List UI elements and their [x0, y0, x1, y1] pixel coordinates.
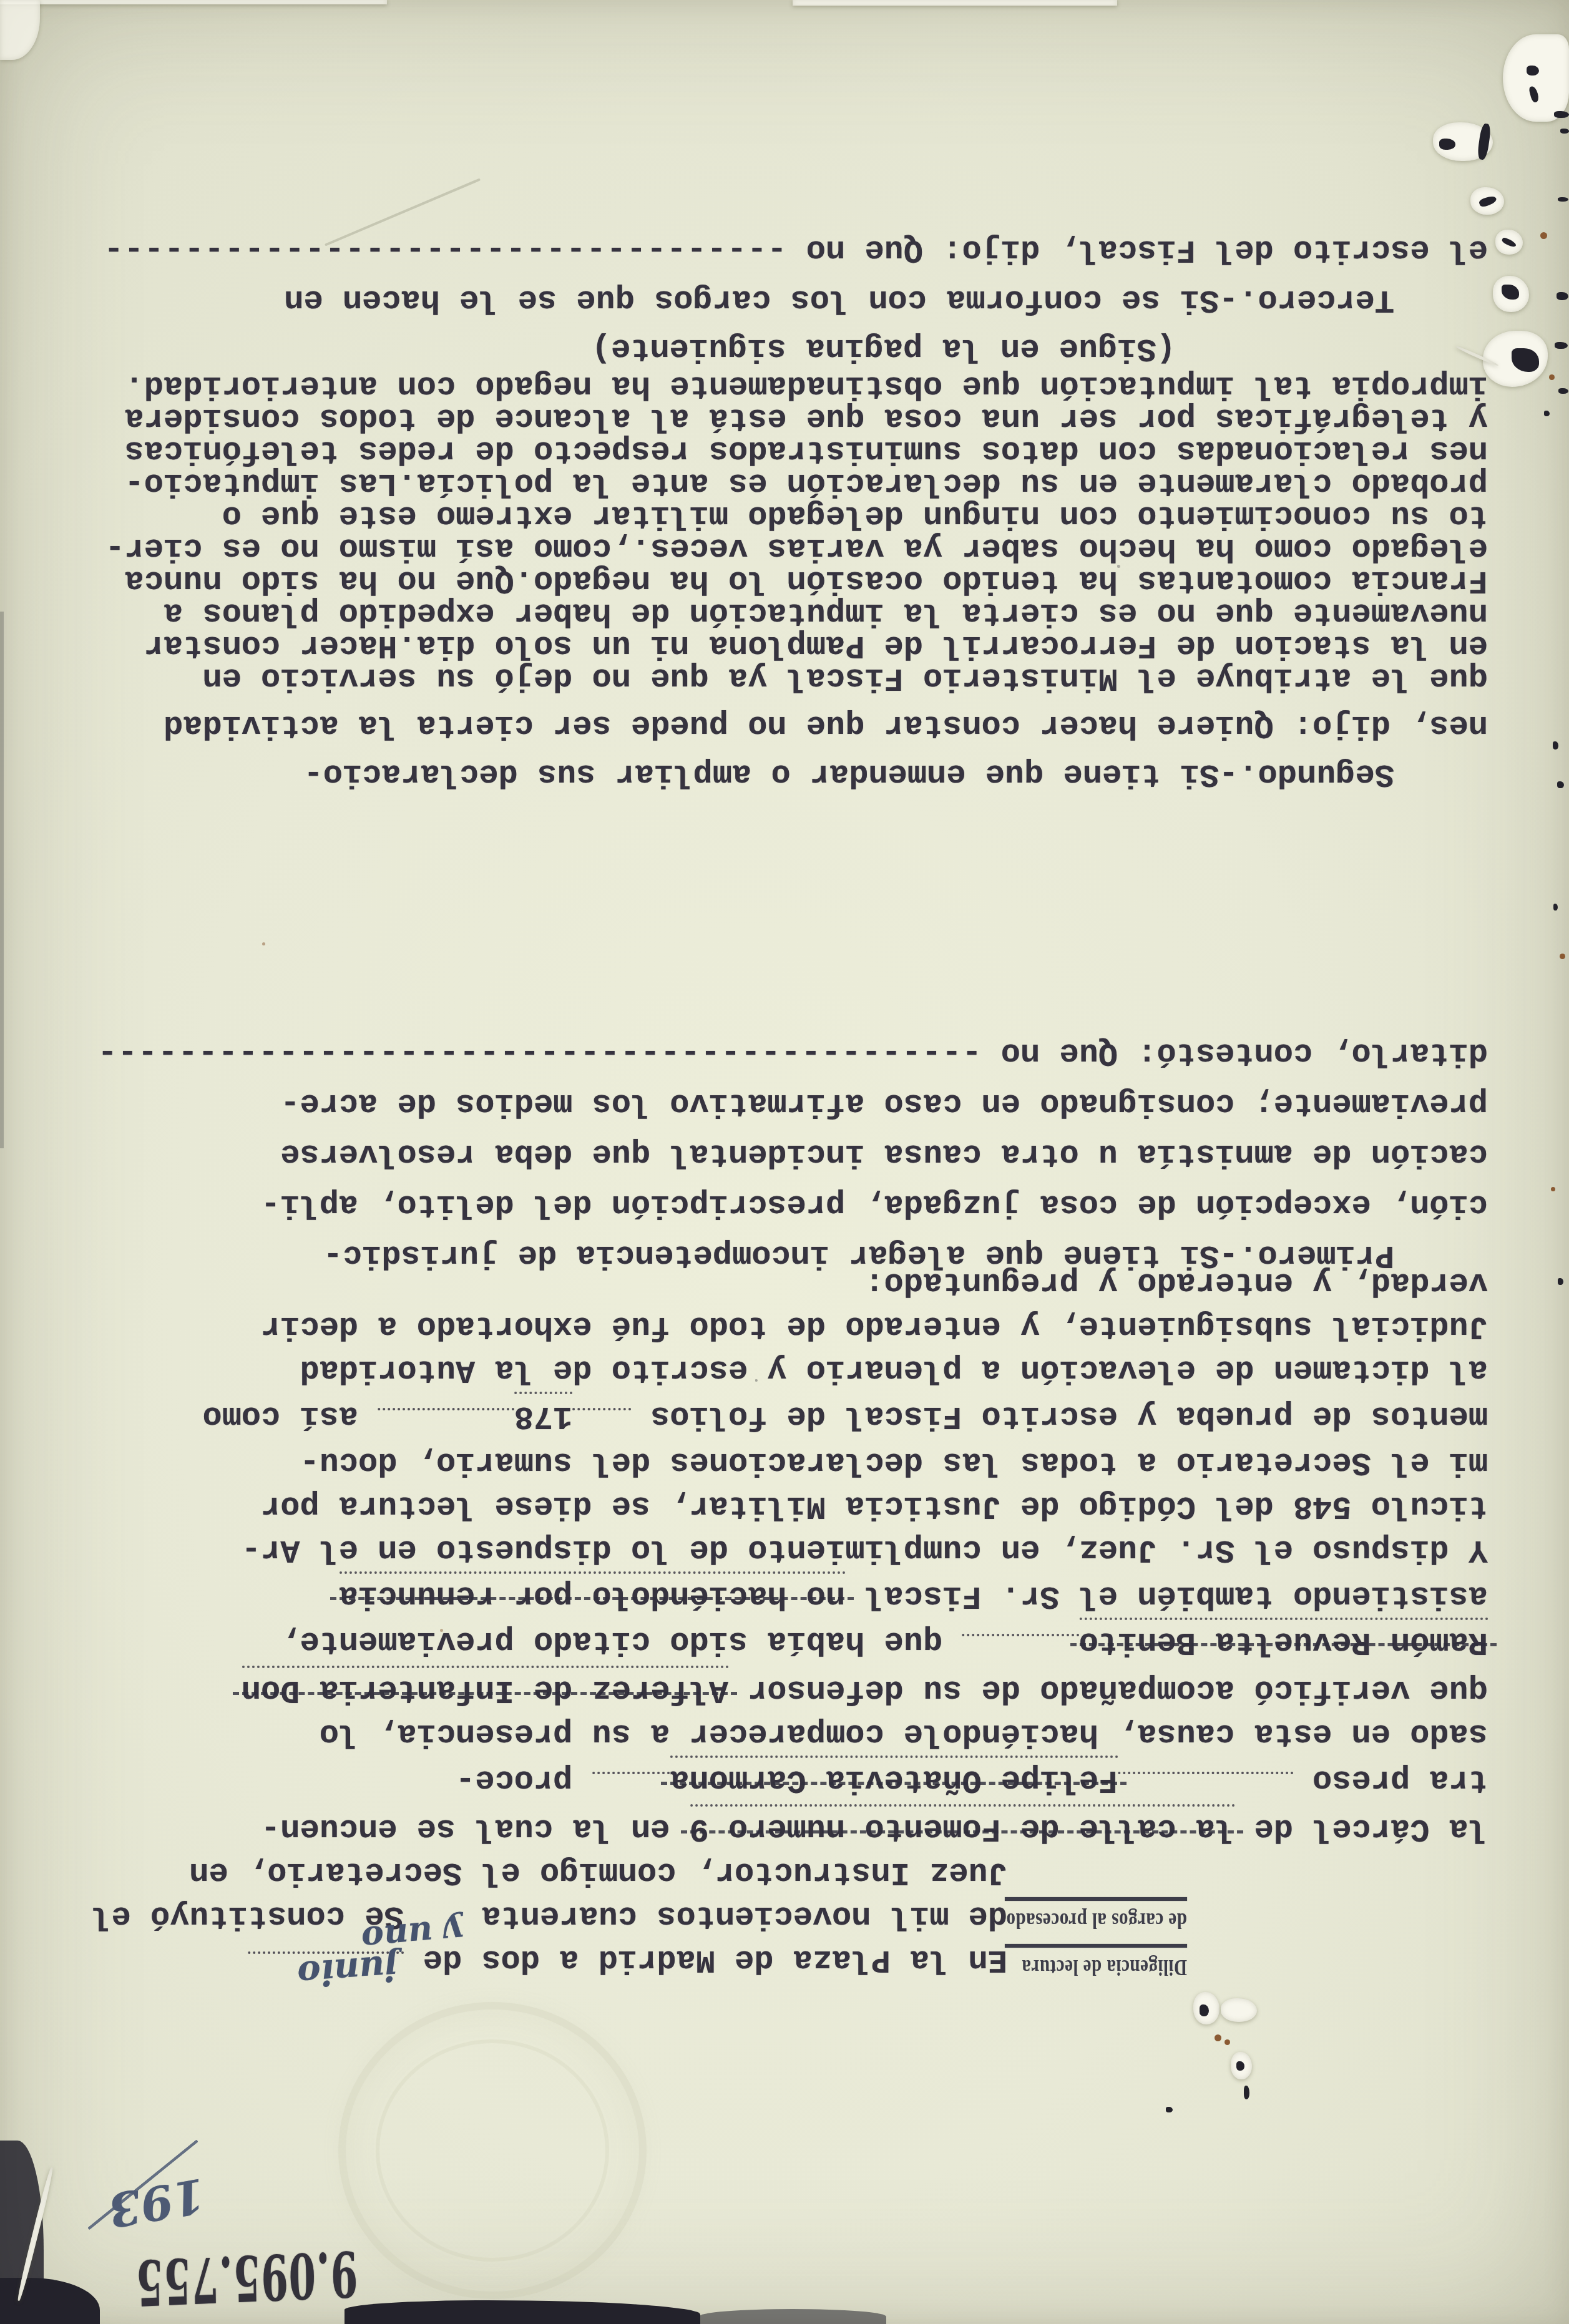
typed-text: Juez Instructor, conmigo el Secretario, …	[189, 1854, 1007, 1891]
typed-text: que le atribuye el Ministerio Fiscal ya …	[202, 660, 1488, 696]
dotted-blank-line	[1118, 1772, 1293, 1804]
typed-line: Tercero.-Si se conforma con los cargos q…	[56, 275, 1488, 325]
filled-in-blank: 178	[514, 1392, 573, 1438]
typed-text: nes relacionadas con datos suministrados…	[125, 432, 1488, 469]
typed-text: previamente; consignado en caso afirmati…	[280, 1085, 1488, 1122]
paragraph-diligencia: En la Plaza de Madrid a dos de juniode m…	[56, 1261, 1488, 1984]
typed-text: ticulo 548 del Código de Justicia Milita…	[261, 1488, 1488, 1525]
dotted-blank-line	[378, 1408, 514, 1440]
typed-text: to su conocimiento con ningun delegado m…	[222, 497, 1488, 534]
struck-out-insertion: Felipe Oñatevia Carmona	[670, 1755, 1118, 1802]
paragraph-tercero: Tercero.-Si se conforma con los cargos q…	[56, 225, 1488, 325]
typed-line: ditarlo, contestó: Que no --------------…	[56, 1028, 1488, 1078]
paragraph-segundo: Segundo.-Si tiene que enmendar o ampliar…	[56, 332, 1488, 790]
typed-text: Segundo.-Si tiene que enmendar o ampliar…	[304, 756, 1394, 793]
typed-line: mentos de prueba y escrito Fiscal de fol…	[56, 1392, 1488, 1440]
typed-text: así como	[202, 1398, 378, 1435]
typed-text: Judicial subsiguiente, y enterado de tod…	[261, 1308, 1488, 1345]
typed-line: tra preso Felipe Oñatevia Carmona proce-	[56, 1755, 1488, 1804]
struck-out-insertion: no haciéndolo por renuncia	[339, 1571, 845, 1618]
typed-line: impropia tal imputación que obstinadamen…	[56, 369, 1488, 402]
embossed-seal	[338, 2002, 647, 2299]
typed-line: cación de amnistía u otra causa incident…	[56, 1129, 1488, 1179]
dash-fill-line: ----------------------------------	[104, 232, 787, 268]
typed-line: nuevamente que no es cierta la imputació…	[56, 597, 1488, 629]
typed-text: Se constituyó el	[92, 1898, 403, 1935]
typed-line: el escrito del Fiscal, dijo: Que no ----…	[56, 225, 1488, 275]
typed-text: la Cárcel de	[1234, 1810, 1488, 1847]
dotted-blank-line	[592, 1772, 670, 1804]
struck-out-insertion: Alferez de Infanteria Don	[242, 1666, 728, 1712]
upside-down-page: 9.095.755 193 Diligencia de lectura de c…	[0, 0, 1569, 2324]
typed-line: mi el Secretario a todas las declaracion…	[56, 1440, 1488, 1484]
typed-line: elegado como ha hecho saber ya varias ve…	[56, 532, 1488, 564]
typed-line: Y dispuso el Sr. Juez, en cumplimiento d…	[56, 1528, 1488, 1571]
typed-line: Segundo.-Si tiene que enmendar o ampliar…	[56, 758, 1488, 790]
typed-text: en la stacion de Ferrocarril de Pamplona…	[144, 627, 1488, 664]
typed-line: ción, excepción de cosa juzgada, prescri…	[56, 1179, 1488, 1230]
typed-line: previamente; consignado en caso afirmati…	[56, 1078, 1488, 1129]
struck-out-insertion: la calle de Fomento numero 9	[690, 1804, 1235, 1850]
scanned-document-page: 9.095.755 193 Diligencia de lectura de c…	[0, 0, 1569, 2324]
typed-line: Juez Instructor, conmigo el Secretario, …	[56, 1850, 1488, 1894]
typed-text: Francia comotantas ha tenido ocasión lo …	[125, 562, 1488, 599]
typed-text: de mil novecientos cuarenta	[481, 1898, 1007, 1935]
typed-line: Primero.-Si tiene que alegar incompetenc…	[56, 1230, 1488, 1281]
typed-line: to su conocimiento con ningun delegado m…	[56, 499, 1488, 532]
typed-line: nes, dijo: Quiere hacer constar que no p…	[56, 709, 1488, 741]
typed-line: En la Plaza de Madrid a dos de junio	[56, 1938, 1488, 1984]
typed-text: sado en esta causa, haciéndole comparece…	[320, 1716, 1488, 1752]
typed-text: nuevamente que no es cierta la imputació…	[164, 595, 1488, 632]
typed-line: ticulo 548 del Código de Justicia Milita…	[56, 1484, 1488, 1528]
typed-text: ditarlo, contestó: Que no	[982, 1035, 1488, 1072]
paragraph-primero: Primero.-Si tiene que alegar incompetenc…	[56, 1028, 1488, 1281]
typed-text: cación de amnistía u otra causa incident…	[280, 1136, 1488, 1173]
typed-text: y telegráficas por ser una cosa que está…	[125, 400, 1488, 437]
typed-text: mentos de prueba y escrito Fiscal de fol…	[631, 1398, 1488, 1435]
typed-line: de mil novecientos cuarentaSe constituyó…	[56, 1894, 1488, 1938]
typed-text: ción, excepción de cosa juzgada, prescri…	[261, 1186, 1488, 1223]
typed-line: sado en esta causa, haciéndole comparece…	[56, 1712, 1488, 1755]
typed-text: probado claramente en su declaración es …	[125, 465, 1488, 502]
typed-line: Judicial subsiguiente, y enterado de tod…	[56, 1304, 1488, 1348]
typed-text: En la Plaza de Madrid a dos de	[404, 1941, 1007, 1978]
typed-text: Y dispuso el Sr. Juez, en cumplimiento d…	[242, 1531, 1488, 1568]
typed-text: tra preso	[1293, 1762, 1488, 1799]
typed-text: (Sigue en la pagina siguiente)	[592, 330, 1176, 367]
typed-line: y telegráficas por ser una cosa que está…	[56, 402, 1488, 434]
typed-line: que le atribuye el Ministerio Fiscal ya …	[56, 662, 1488, 694]
typed-text: el escrito del Fiscal, dijo: Que no	[787, 232, 1488, 268]
typed-text: en la cual se encuen-	[261, 1810, 690, 1847]
struck-out-insertion: Ramón Revuelta Benito	[1079, 1618, 1488, 1664]
typed-line: Francia comotantas ha tenido ocasión lo …	[56, 564, 1488, 597]
typed-text: proce-	[456, 1762, 592, 1799]
typed-line: (Sigue en la pagina siguiente)	[56, 332, 1488, 364]
typed-text: asistiendo también el Sr. Fiscal	[845, 1578, 1488, 1614]
typed-text: al dictamen de elevación a plenario y es…	[300, 1352, 1488, 1389]
registry-number-stamp: 9.095.755	[135, 2237, 358, 2320]
typed-line: probado claramente en su declaración es …	[56, 467, 1488, 499]
typed-line: la Cárcel de la calle de Fomento numero …	[56, 1804, 1488, 1850]
dash-fill-line: ----------------------------------------…	[97, 1035, 982, 1072]
typed-text: elegado como ha hecho saber ya varias ve…	[105, 530, 1488, 567]
typed-text: nes, dijo: Quiere hacer constar que no p…	[164, 707, 1488, 744]
typed-line: que verificó acompañado de su defensor A…	[56, 1666, 1488, 1712]
typed-text: que había sido citado previamente,	[280, 1624, 962, 1661]
dotted-blank-line	[962, 1634, 1078, 1666]
typed-line: al dictamen de elevación a plenario y es…	[56, 1348, 1488, 1392]
typed-text: impropia tal imputación que obstinadamen…	[125, 368, 1488, 404]
typed-line: asistiendo también el Sr. Fiscal no haci…	[56, 1571, 1488, 1618]
typed-text: mi el Secretario a todas las declaracion…	[300, 1444, 1488, 1481]
typed-text: Primero.-Si tiene que alegar incompetenc…	[323, 1237, 1394, 1274]
typed-text: que verificó acompañado de su defensor	[728, 1672, 1488, 1709]
typed-text: Tercero.-Si se conforma con los cargos q…	[284, 281, 1394, 318]
typed-line: nes relacionadas con datos suministrados…	[56, 434, 1488, 467]
typed-line: Ramón Revuelta Benito que había sido cit…	[56, 1618, 1488, 1666]
dotted-blank-line	[572, 1408, 631, 1440]
typed-line: en la stacion de Ferrocarril de Pamplona…	[56, 629, 1488, 662]
